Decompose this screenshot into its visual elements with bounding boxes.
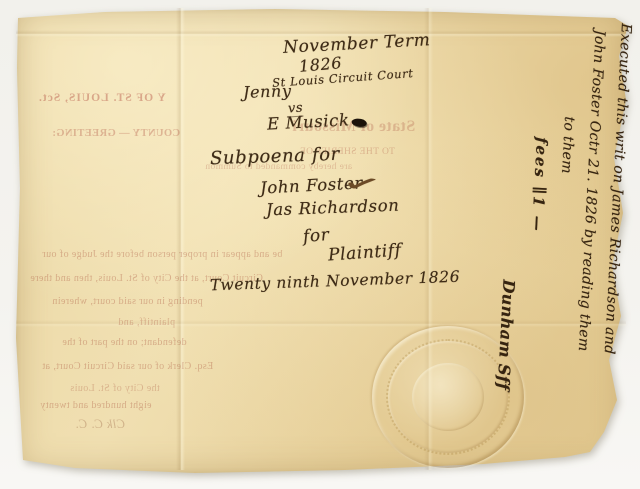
bleedthrough-text: COUNTY — GREETING: bbox=[52, 128, 180, 139]
bleedthrough-text: Clk C. C. bbox=[75, 417, 125, 432]
bleedthrough-text: eight hundred and twenty bbox=[40, 400, 152, 411]
seal-center-emblem bbox=[412, 363, 484, 431]
bleedthrough-text: Esq. Clerk of our said Circuit Court, at bbox=[42, 361, 213, 372]
bleedthrough-text: be and appear in proper person before th… bbox=[42, 249, 282, 260]
bleedthrough-text: plaintiff, and bbox=[118, 317, 175, 328]
ink-blot bbox=[351, 117, 367, 128]
for-label: for bbox=[302, 225, 330, 247]
bleedthrough-text: defendant; on the part of the bbox=[62, 337, 187, 348]
plaintiff-name: Jenny bbox=[243, 81, 292, 102]
bleedthrough-text: pending in our said court, wherein bbox=[52, 296, 203, 307]
bleedthrough-text: the City of St. Louis bbox=[70, 383, 160, 394]
bleedthrough-text: Y OF ST. LOUIS, Sct. bbox=[38, 92, 166, 104]
service-return-block: Executed this writ on James Richardson a… bbox=[487, 17, 639, 455]
scan-background: Y OF ST. LOUIS, Sct. COUNTY — GREETING: … bbox=[0, 0, 640, 489]
